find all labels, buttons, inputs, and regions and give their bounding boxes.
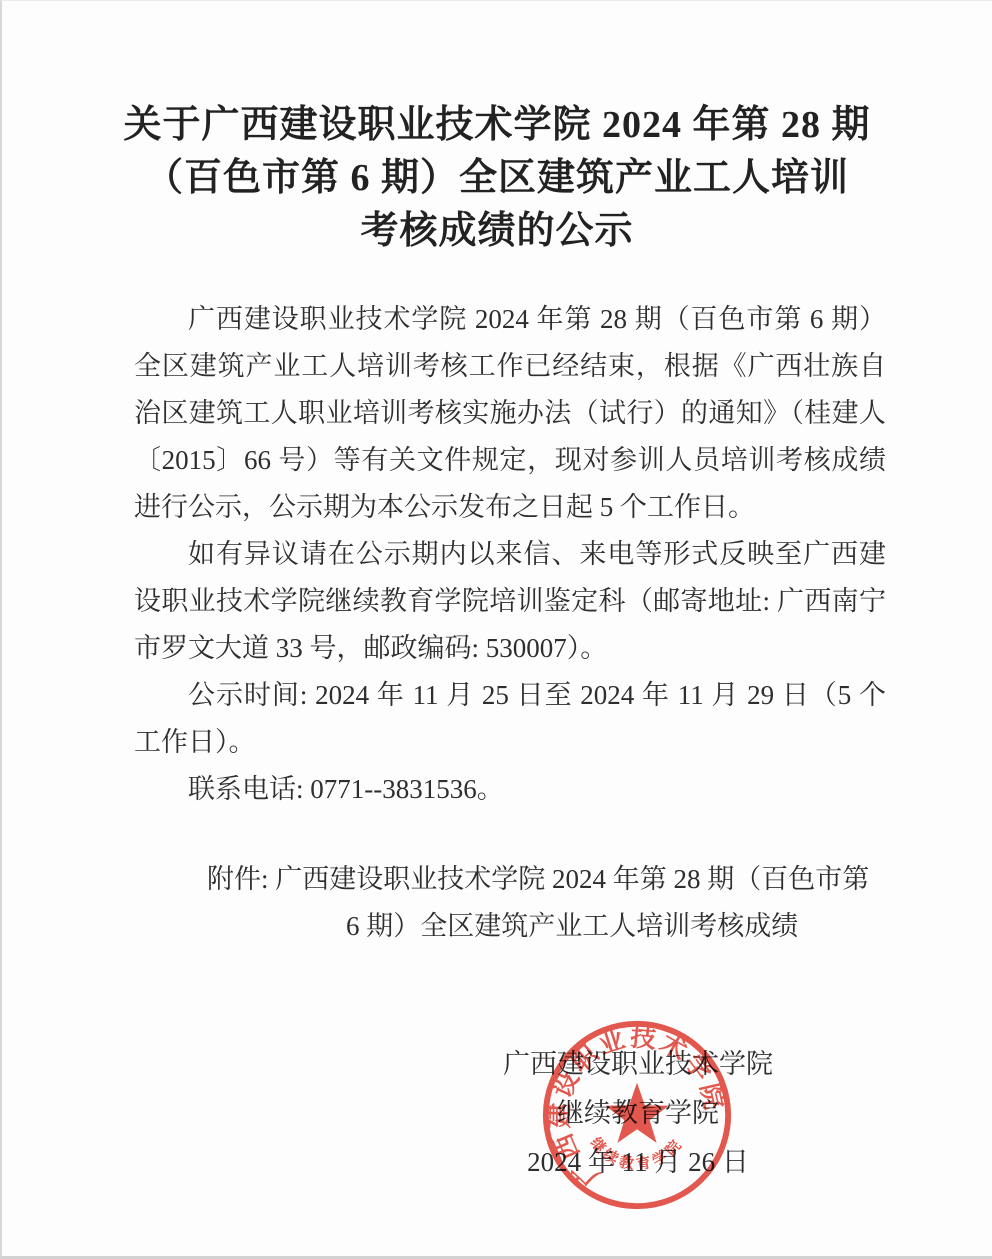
paragraph-feedback: 如有异议请在公示期内以来信、来电等形式反映至广西建设职业技术学院继续教育学院培训… <box>134 531 886 672</box>
title-line-2: （百色市第 6 期）全区建筑产业工人培训 <box>2 152 992 205</box>
document-title: 关于广西建设职业技术学院 2024 年第 28 期 （百色市第 6 期）全区建筑… <box>2 99 992 258</box>
document-page: 关于广西建设职业技术学院 2024 年第 28 期 （百色市第 6 期）全区建筑… <box>0 0 992 1259</box>
document-body: 广西建设职业技术学院 2024 年第 28 期（百色市第 6 期）全区建筑产业工… <box>134 296 886 813</box>
signature-date: 2024 年 11 月 26 日 <box>438 1138 838 1187</box>
signature-org: 广西建设职业技术学院 <box>438 1040 838 1089</box>
paragraph-intro: 广西建设职业技术学院 2024 年第 28 期（百色市第 6 期）全区建筑产业工… <box>134 296 886 531</box>
paragraph-contact: 联系电话: 0771--3831536。 <box>134 766 886 813</box>
paragraph-period: 公示时间: 2024 年 11 月 25 日至 2024 年 11 月 29 日… <box>134 672 886 766</box>
attachment-line-1: 附件: 广西建设职业技术学院 2024 年第 28 期（百色市第 <box>207 856 886 903</box>
attachment-line-2: 6 期）全区建筑产业工人培训考核成绩 <box>346 903 886 950</box>
title-line-3: 考核成绩的公示 <box>2 205 992 258</box>
signature-dept: 继续教育学院 <box>438 1089 838 1138</box>
signature-block: 广西建设职业技术学院 继续教育学院 2024 年 11 月 26 日 <box>438 1040 838 1187</box>
attachment-note: 附件: 广西建设职业技术学院 2024 年第 28 期（百色市第 6 期）全区建… <box>134 856 886 950</box>
title-line-1: 关于广西建设职业技术学院 2024 年第 28 期 <box>2 99 992 152</box>
